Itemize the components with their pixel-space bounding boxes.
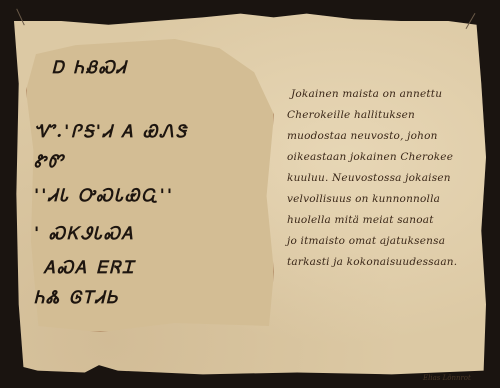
- finnish-line: Jokainen maista on annettu: [291, 88, 442, 100]
- cherokee-line: Ꮙ.'ᎵᎦ'Ꮧ Ꭺ ᏯᏁᏕ: [34, 122, 188, 142]
- cherokee-line: ᎪᏍᎪ ᎬᏒᏆ: [44, 258, 135, 278]
- cherokee-line: Ꭰ ᏂᏰᏍᏗ: [52, 58, 127, 78]
- finnish-line: Cherokeille hallituksen: [287, 109, 415, 121]
- cherokee-line: ''ᏗᏓ ᎤᏍᏓᏯᏩ'': [34, 186, 174, 206]
- finnish-line: huolella mitä meiat sanoat: [287, 214, 434, 226]
- finnish-line: velvollisuus on kunnonnolla: [287, 193, 440, 205]
- cherokee-line: ᏂᏜ ᎶᎢᏗᏏ: [34, 288, 119, 308]
- finnish-line: kuuluu. Neuvostossa jokaisen: [287, 172, 451, 184]
- cherokee-line: ᏑᏛ: [34, 152, 65, 172]
- finnish-line: muodostaa neuvosto, johon: [287, 130, 438, 142]
- cherokee-line: ' ᏍᏦᏭᏓᏍᎪ: [34, 224, 135, 244]
- finnish-line: tarkasti ja kokonaisuudessaan.: [287, 256, 457, 268]
- signature: Elias Lönnrot: [423, 374, 471, 382]
- finnish-line: oikeastaan jokainen Cherokee: [287, 151, 453, 163]
- finnish-line: jo itmaisto omat ajatuksensa: [287, 235, 445, 247]
